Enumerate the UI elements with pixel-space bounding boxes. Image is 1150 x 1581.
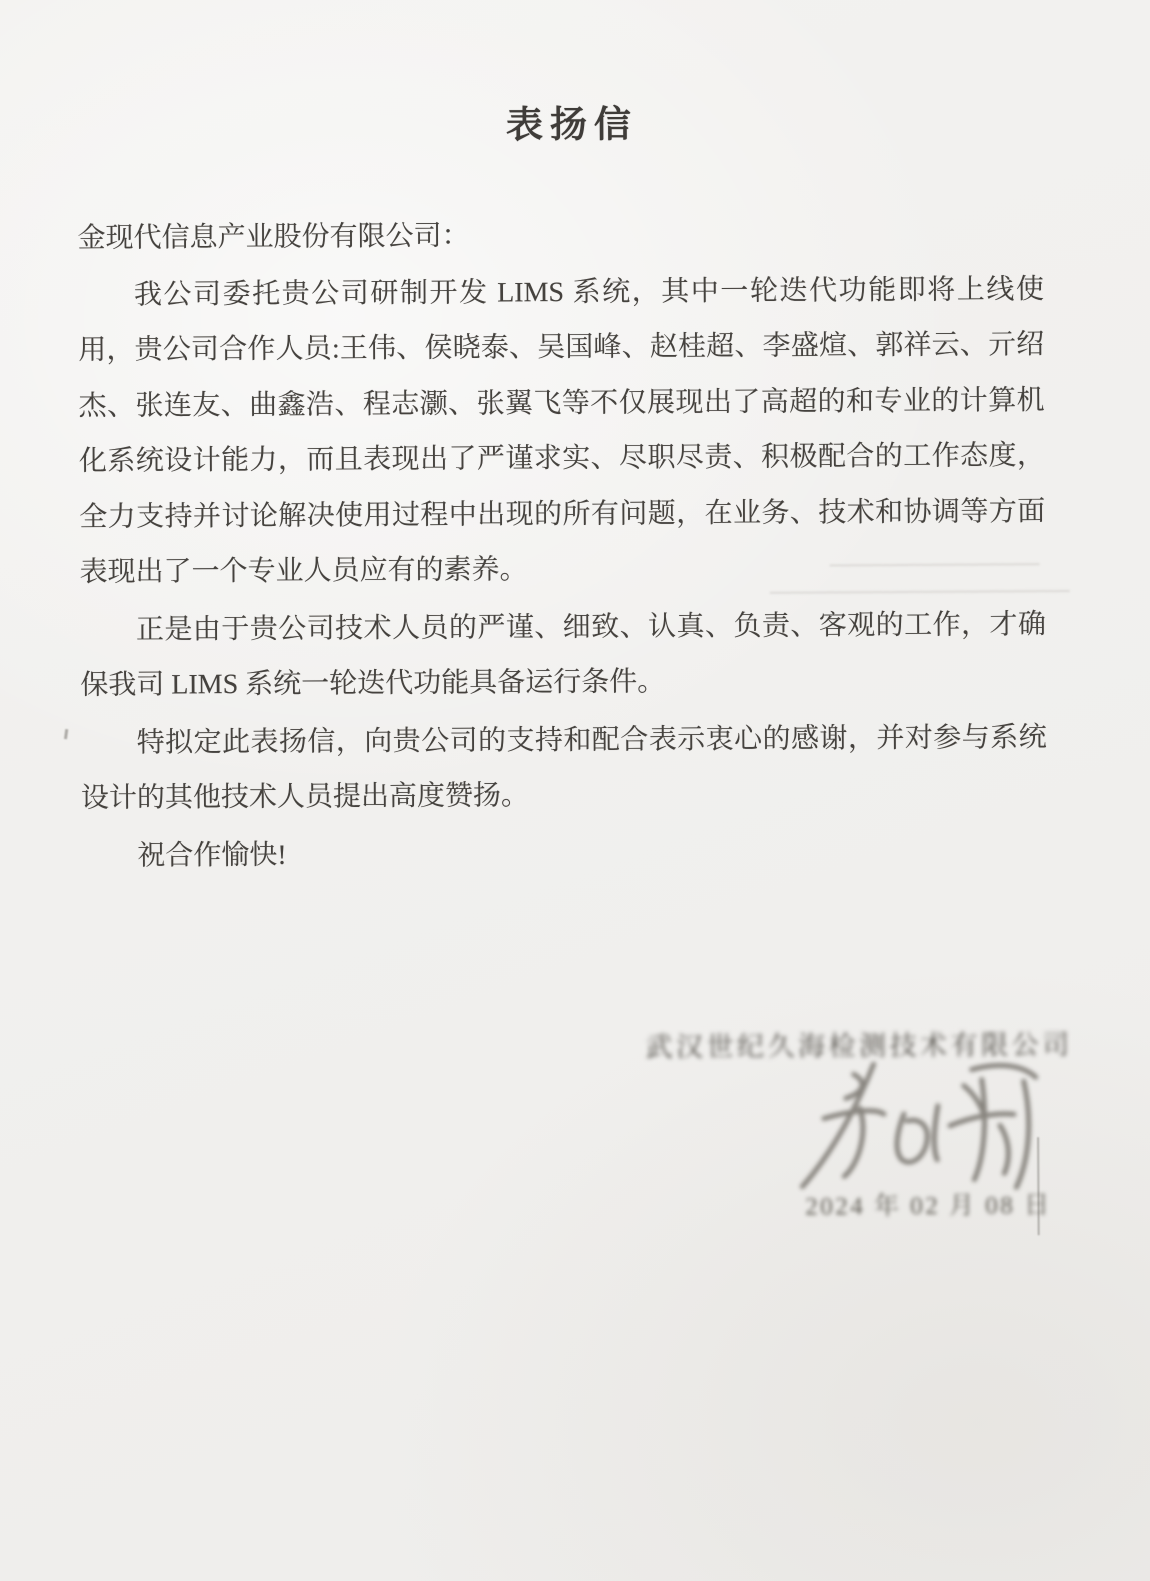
letter-body: 金现代信息产业股份有限公司： 我公司委托贵公司研制开发 LIMS 系统，其中一轮…: [77, 205, 1047, 884]
scanned-letter-page: 表扬信 金现代信息产业股份有限公司： 我公司委托贵公司研制开发 LIMS 系统，…: [0, 0, 1150, 1581]
letter-content: 表扬信 金现代信息产业股份有限公司： 我公司委托贵公司研制开发 LIMS 系统，…: [0, 0, 1150, 1581]
paragraph-3: 特拟定此表扬信，向贵公司的支持和配合表示衷心的感谢，并对参与系统设计的其他技术人…: [80, 710, 1047, 827]
signature-date: 2024 年 02 月 08 日: [805, 1185, 1051, 1223]
salutation: 金现代信息产业股份有限公司：: [77, 205, 1043, 266]
handwritten-signature: [785, 1055, 1048, 1197]
letter-title: 表扬信: [0, 0, 1147, 152]
paragraph-1: 我公司委托贵公司研制开发 LIMS 系统，其中一轮迭代功能即将上线使用，贵公司合…: [78, 262, 1046, 601]
scan-artifact: [64, 729, 68, 739]
closing-line: 祝合作愉快!: [81, 823, 1047, 884]
paragraph-2: 正是由于贵公司技术人员的严谨、细致、认真、负责、客观的工作，才确保我司 LIMS…: [80, 597, 1047, 714]
